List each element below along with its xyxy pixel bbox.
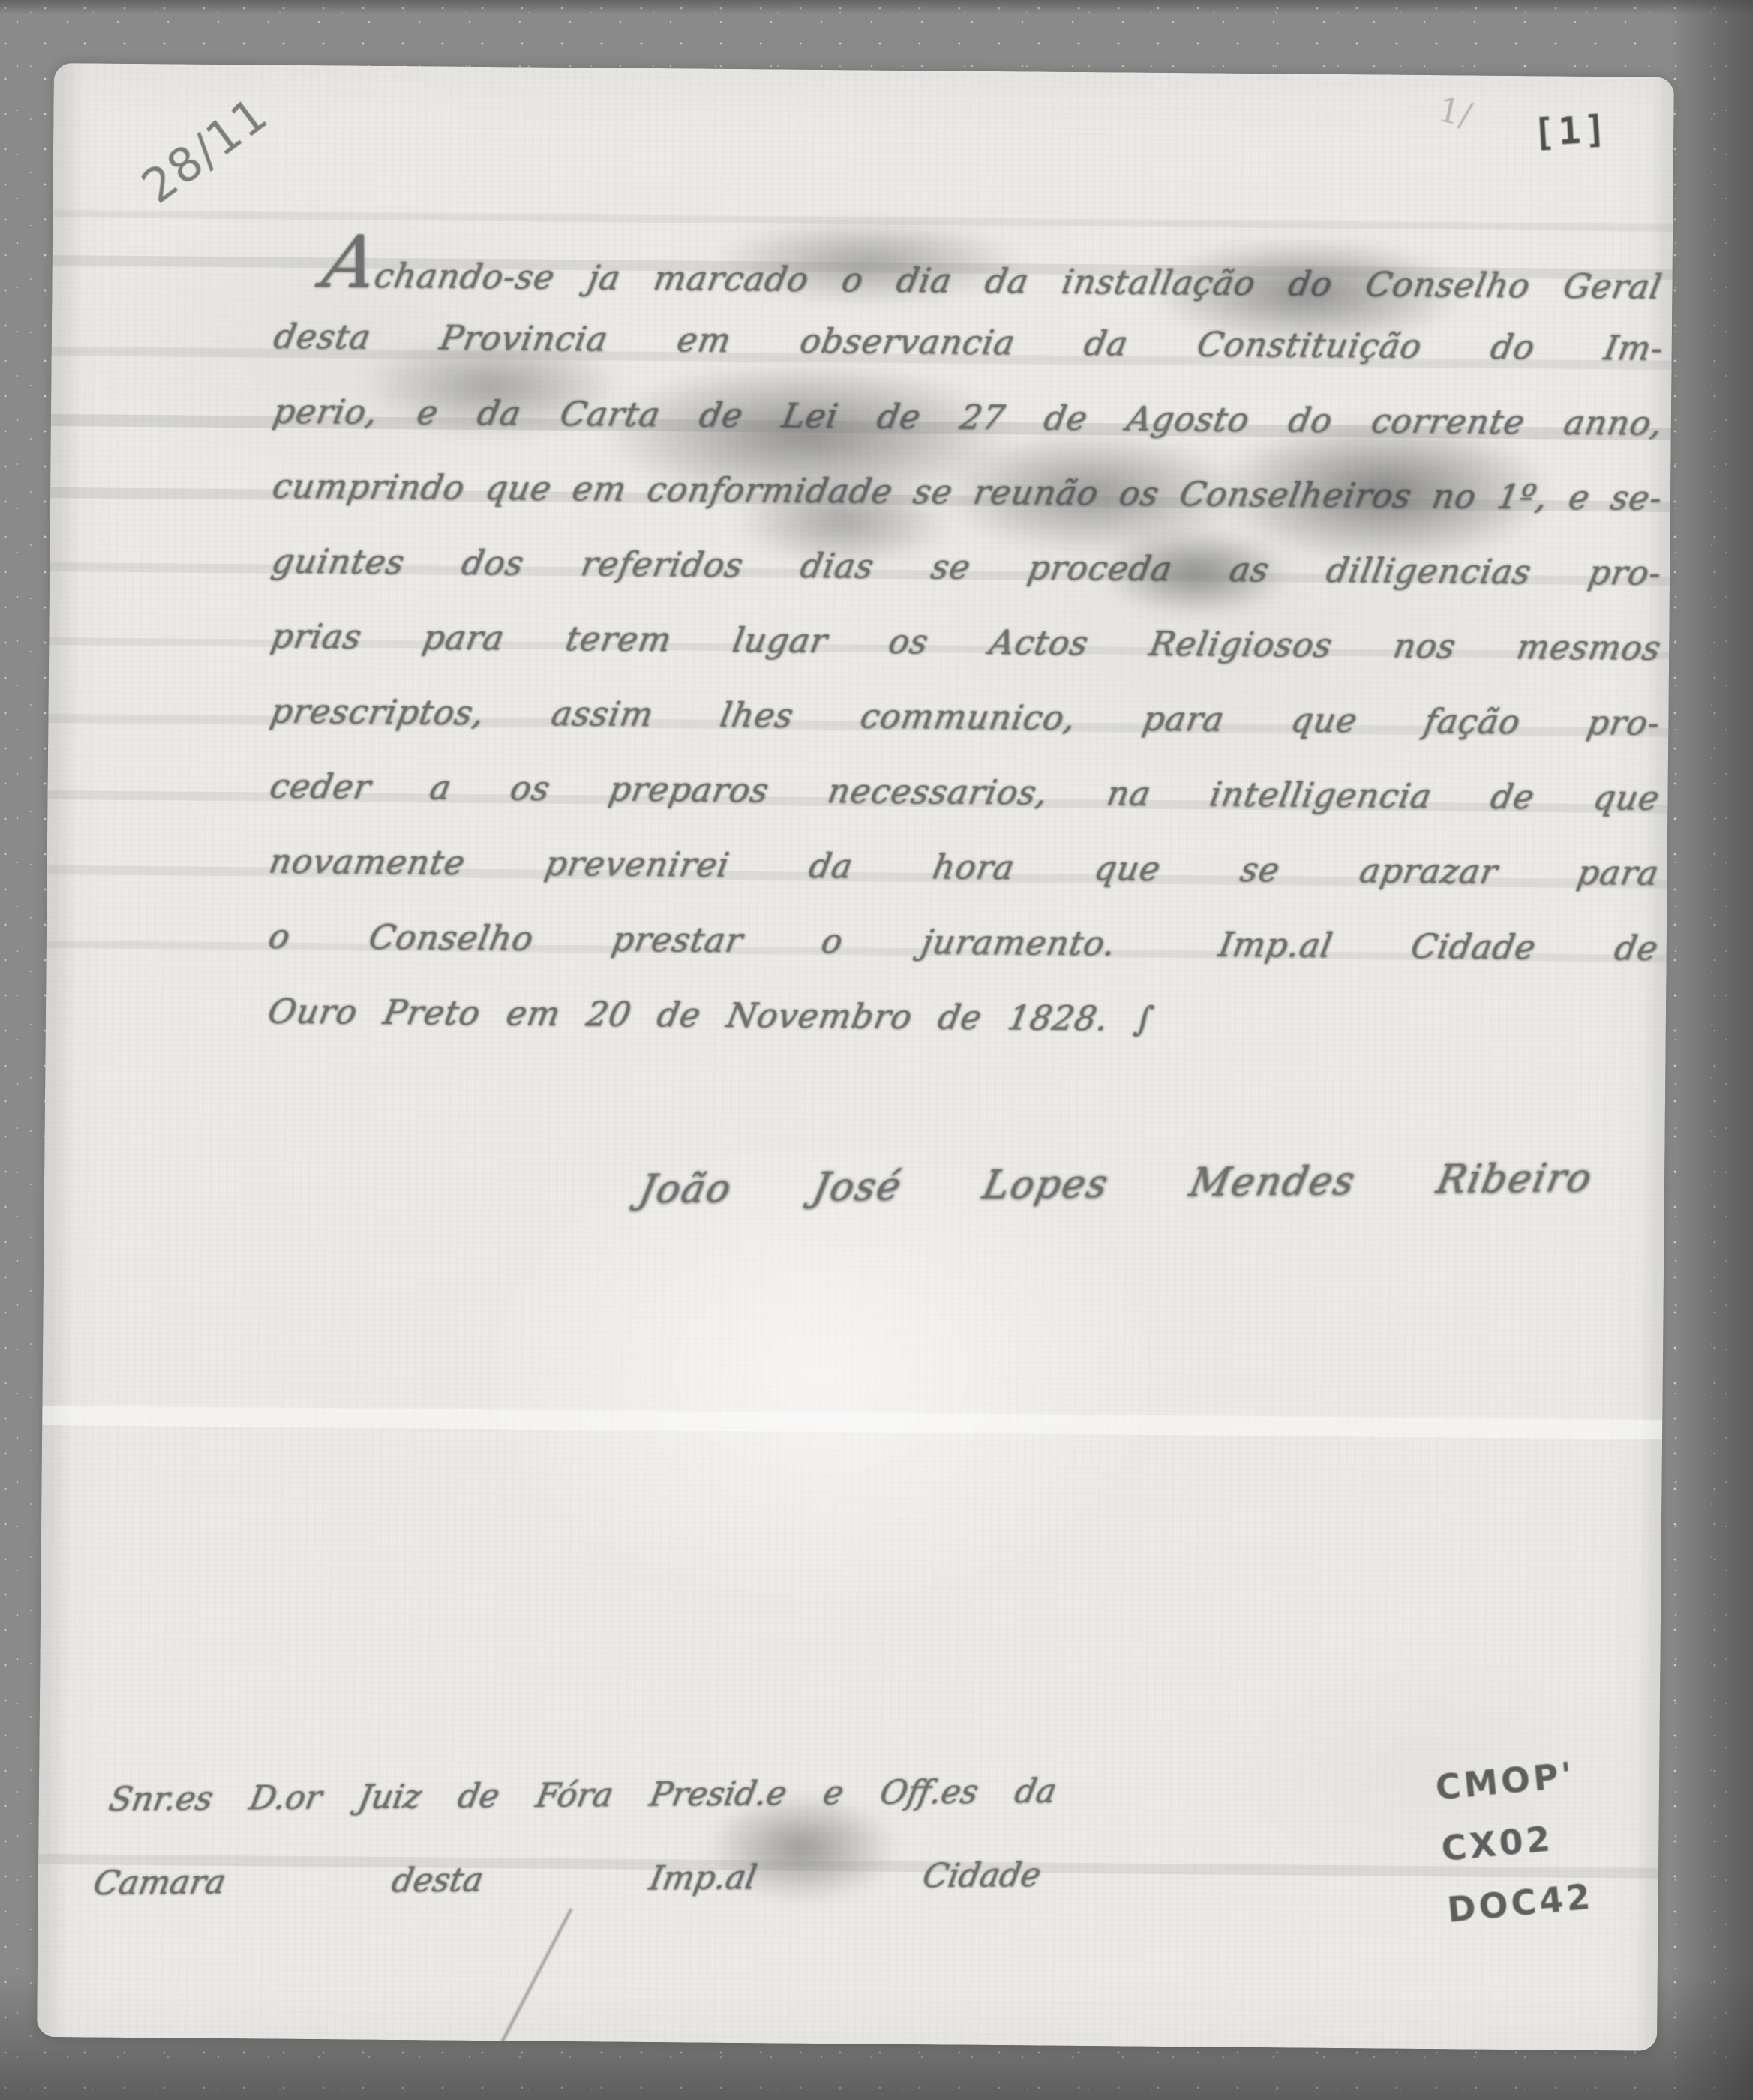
manuscript-line: novamente prevenirei da hora que se apra…: [263, 824, 1665, 911]
manuscript-line: Ouro Preto em 20 de Novembro de 1828. ∫: [262, 974, 1664, 1061]
manuscript-line: Achando-se ja marcado o dia da installaç…: [268, 224, 1670, 311]
address-line-1: Snr.es D.or Juiz de Fóra Presid.e e Off.…: [101, 1749, 1064, 1841]
manuscript-line: o Conselho prestar o juramento. Imp.al C…: [262, 899, 1664, 986]
scan-streak: [42, 1405, 1662, 1439]
signature-line: João José Lopes Mendes Ribeiro: [626, 1155, 1597, 1257]
manuscript-line: ceder a os preparos necessarios, na inte…: [263, 749, 1666, 836]
letter-body: Achando-se ja marcado o dia da installaç…: [262, 224, 1658, 1061]
archive-ref-line-3: DOC42: [1445, 1866, 1596, 1941]
manuscript-line: prias para terem lugar os Actos Religios…: [265, 599, 1667, 686]
paper-sheet: 28/11 1/ [1] Achando-se ja marcado o dia…: [37, 63, 1674, 2051]
manuscript-line: prescriptos, assim lhes communico, para …: [264, 674, 1667, 761]
archive-reference: CMOP' CX02 DOC42: [1433, 1743, 1596, 1941]
address-block: Snr.es D.or Juiz de Fóra Presid.e e Off.…: [86, 1749, 1064, 1925]
bracket-number-mark: [1]: [1532, 107, 1611, 155]
scanned-document: 28/11 1/ [1] Achando-se ja marcado o dia…: [0, 0, 1753, 2100]
manuscript-line: cumprindo que em conformidade se reunão …: [266, 449, 1669, 536]
pen-flourish-stroke: [476, 1908, 572, 2051]
pencil-page-number: 28/11: [132, 86, 278, 214]
faint-check-mark: 1/: [1434, 88, 1475, 135]
manuscript-line: perio, e da Carta de Lei de 27 de Agosto…: [267, 374, 1670, 461]
manuscript-line: desta Provincia em observancia da Consti…: [267, 299, 1670, 386]
manuscript-line: guintes dos referidos dias se proceda as…: [266, 524, 1668, 611]
